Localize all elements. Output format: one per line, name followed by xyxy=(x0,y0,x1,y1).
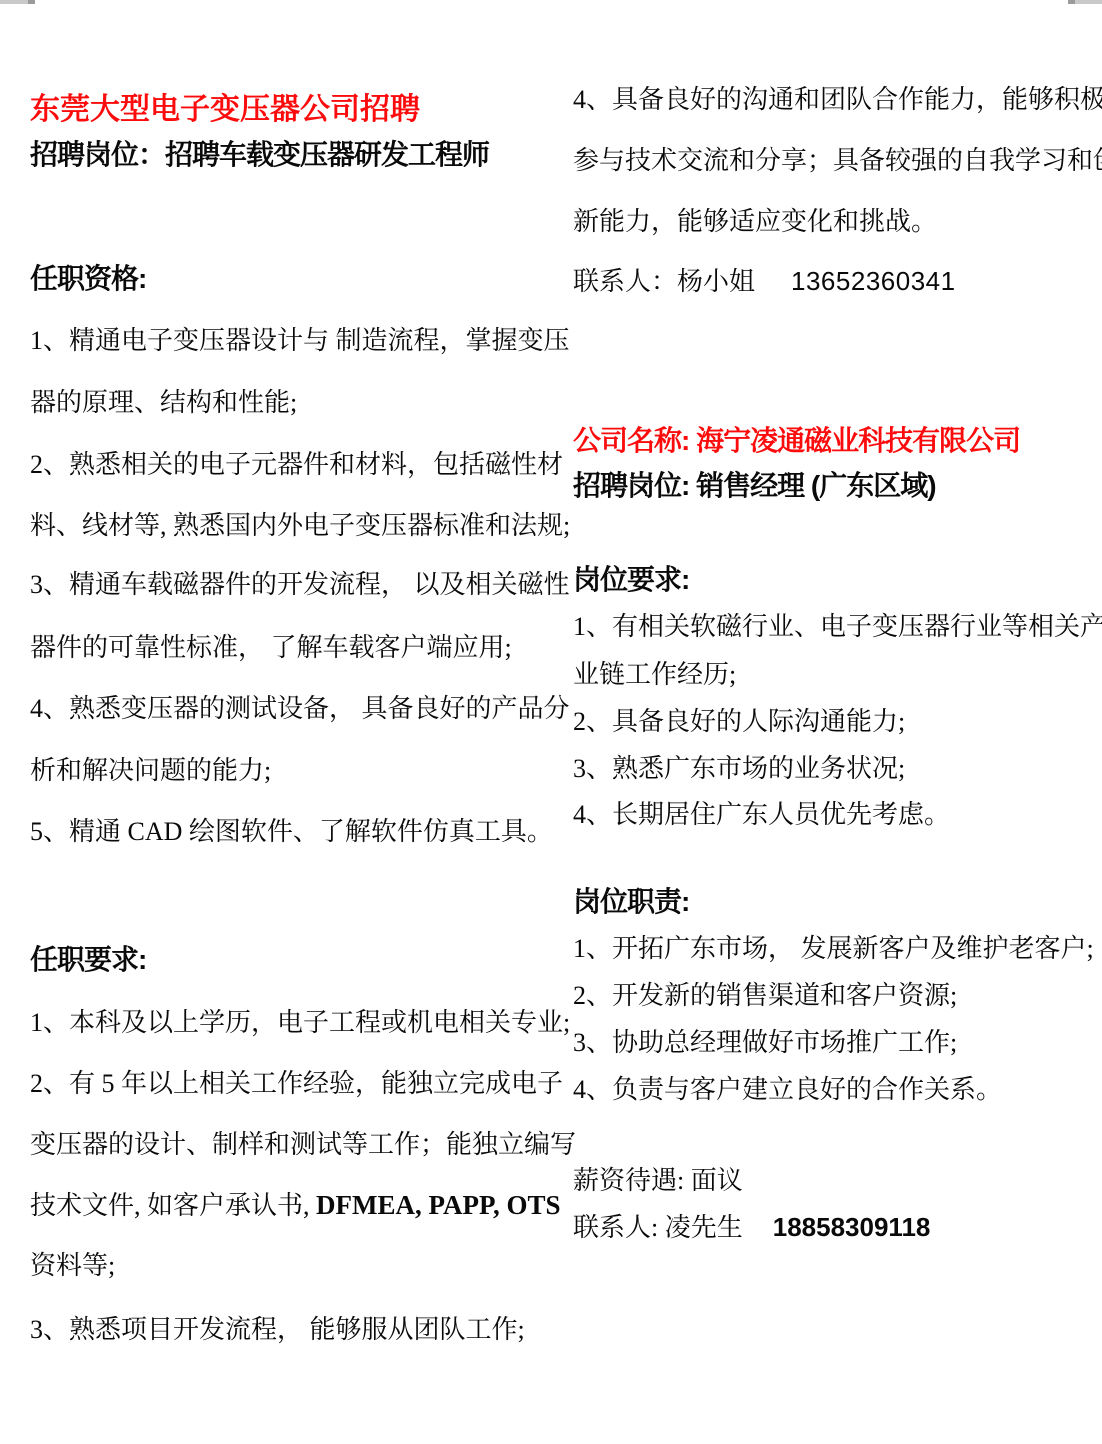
job1-qualification-line: 器的原理、结构和性能; xyxy=(30,388,297,418)
scrollbar-thumb-right[interactable] xyxy=(1068,0,1075,4)
job2-requirement-line: 2、具备良好的人际沟通能力; xyxy=(573,707,905,737)
job1-continued-line: 4、具备良好的沟通和团队合作能力，能够积极 xyxy=(573,85,1102,115)
job2-duty-line: 4、负责与客户建立良好的合作关系。 xyxy=(573,1075,1002,1105)
document-page: { "page": { "background": "#ffffff", "ac… xyxy=(0,0,1102,1444)
scrollbar-thumb-left[interactable] xyxy=(28,0,35,4)
job1-requirement-line: 技术文件, 如客户承认书, DFMEA, PAPP, OTS xyxy=(30,1190,561,1221)
job1-qualification-line: 析和解决问题的能力; xyxy=(30,756,271,786)
contact-phone: 13652360341 xyxy=(791,266,956,296)
job2-duties-heading: 岗位职责: xyxy=(573,886,689,918)
contact-label: 联系人：杨小姐 xyxy=(573,267,755,296)
job1-requirement-line: 变压器的设计、制样和测试等工作；能独立编写 xyxy=(30,1130,576,1160)
requirement-line-chinese: 技术文件, 如客户承认书, xyxy=(30,1191,316,1220)
job2-requirement-line: 业链工作经历; xyxy=(573,660,736,690)
job1-qualification-line: 5、精通 CAD 绘图软件、了解软件仿真工具。 xyxy=(30,817,553,847)
requirement-line-acronyms: DFMEA, PAPP, OTS xyxy=(316,1190,561,1220)
job1-position: 招聘岗位：招聘车载变压器研发工程师 xyxy=(30,139,489,171)
job2-duty-line: 2、开发新的销售渠道和客户资源; xyxy=(573,981,957,1011)
job1-continued-line: 参与技术交流和分享；具备较强的自我学习和创 xyxy=(573,146,1102,176)
job1-qualification-line: 2、熟悉相关的电子元器件和材料，包括磁性材 xyxy=(30,450,563,480)
job2-position: 招聘岗位: 销售经理 (广东区域) xyxy=(573,470,936,502)
contact-phone: 18858309118 xyxy=(773,1212,931,1242)
job1-qualifications-heading: 任职资格: xyxy=(30,263,146,295)
job1-requirement-line: 1、本科及以上学历，电子工程或机电相关专业; xyxy=(30,1008,570,1038)
job1-title: 东莞大型电子变压器公司招聘 xyxy=(30,93,420,128)
job2-requirement-line: 4、长期居住广东人员优先考虑。 xyxy=(573,800,950,830)
job1-qualification-line: 器件的可靠性标准， 了解车载客户端应用; xyxy=(30,633,512,663)
job2-requirement-line: 1、有相关软磁行业、电子变压器行业等相关产 xyxy=(573,612,1102,642)
job1-qualification-line: 4、熟悉变压器的测试设备， 具备良好的产品分 xyxy=(30,694,570,724)
job2-company-name: 公司名称: 海宁凌通磁业科技有限公司 xyxy=(573,425,1020,457)
job1-contact: 联系人：杨小姐13652360341 xyxy=(573,267,956,297)
job2-contact: 联系人: 凌先生18858309118 xyxy=(573,1213,930,1243)
job1-qualification-line: 1、精通电子变压器设计与 制造流程，掌握变压 xyxy=(30,326,570,356)
job1-requirements-heading: 任职要求: xyxy=(30,944,146,976)
job1-qualification-line: 3、精通车载磁器件的开发流程， 以及相关磁性 xyxy=(30,570,570,600)
job2-duty-line: 1、开拓广东市场， 发展新客户及维护老客户; xyxy=(573,934,1094,964)
job1-qualification-line: 料、线材等, 熟悉国内外电子变压器标准和法规; xyxy=(30,511,570,541)
job1-requirement-line: 2、有 5 年以上相关工作经验，能独立完成电子 xyxy=(30,1069,563,1099)
job2-duty-line: 3、协助总经理做好市场推广工作; xyxy=(573,1028,957,1058)
job1-requirement-line: 3、熟悉项目开发流程， 能够服从团队工作; xyxy=(30,1315,525,1345)
job2-salary: 薪资待遇: 面议 xyxy=(573,1166,743,1196)
job2-requirements-heading: 岗位要求: xyxy=(573,564,689,596)
job1-continued-line: 新能力，能够适应变化和挑战。 xyxy=(573,207,937,237)
contact-label: 联系人: 凌先生 xyxy=(573,1213,743,1242)
job2-requirement-line: 3、熟悉广东市场的业务状况; xyxy=(573,754,905,784)
job1-requirement-line: 资料等; xyxy=(30,1251,115,1281)
